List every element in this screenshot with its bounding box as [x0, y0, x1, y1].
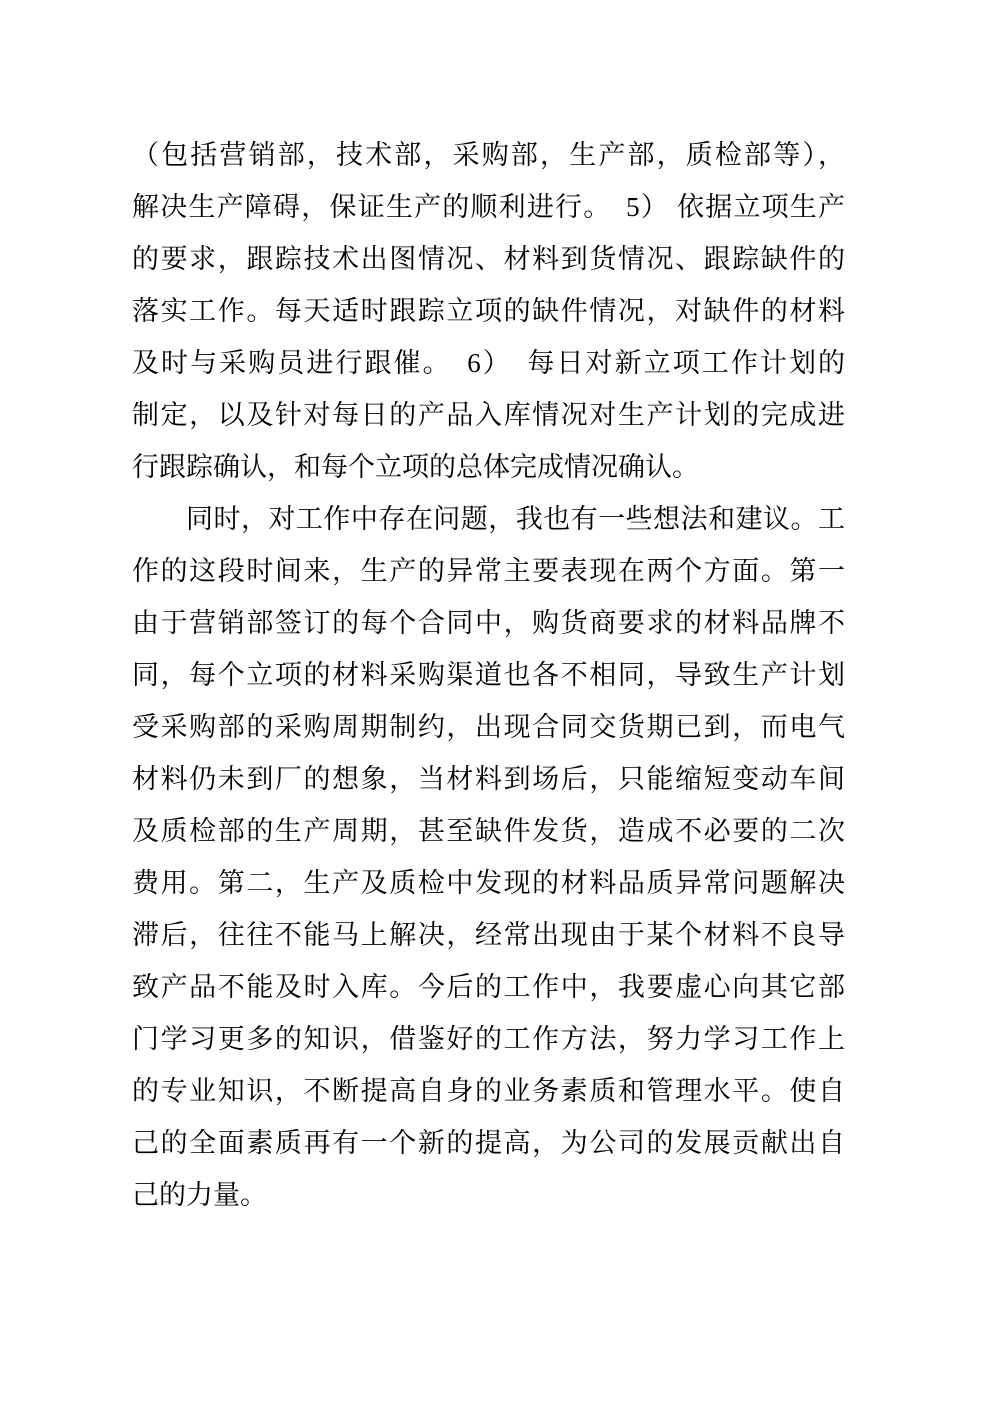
text-line: 材料仍未到厂的想象，当材料到场后，只能缩短变动车间: [132, 753, 845, 805]
document-body: （包括营销部，技术部，采购部，生产部，质检部等），解决生产障碍，保证生产的顺利进…: [132, 129, 845, 1221]
text-line: 及时与采购员进行跟催。 6） 每日对新立项工作计划的: [132, 337, 845, 389]
text-line: 落实工作。每天适时跟踪立项的缺件情况，对缺件的材料: [132, 285, 845, 337]
text-line: 由于营销部签订的每个合同中，购货商要求的材料品牌不: [132, 597, 845, 649]
text-line: 行跟踪确认，和每个立项的总体完成情况确认。: [132, 441, 845, 493]
text-line: 及质检部的生产周期，甚至缺件发货，造成不必要的二次: [132, 805, 845, 857]
text-line: 费用。第二，生产及质检中发现的材料品质异常问题解决: [132, 857, 845, 909]
paragraph-1: （包括营销部，技术部，采购部，生产部，质检部等），解决生产障碍，保证生产的顺利进…: [132, 129, 845, 493]
document-page: （包括营销部，技术部，采购部，生产部，质检部等），解决生产障碍，保证生产的顺利进…: [0, 0, 1000, 1415]
text-line: 制定，以及针对每日的产品入库情况对生产计划的完成进: [132, 389, 845, 441]
text-line: （包括营销部，技术部，采购部，生产部，质检部等），: [132, 129, 845, 181]
text-line: 受采购部的采购周期制约，出现合同交货期已到，而电气: [132, 701, 845, 753]
text-line: 滞后，往往不能马上解决，经常出现由于某个材料不良导: [132, 909, 845, 961]
paragraph-2: 同时，对工作中存在问题，我也有一些想法和建议。工作的这段时间来，生产的异常主要表…: [132, 493, 845, 1221]
text-line: 致产品不能及时入库。今后的工作中，我要虚心向其它部: [132, 961, 845, 1013]
text-line: 己的力量。: [132, 1169, 845, 1221]
text-line: 的要求，跟踪技术出图情况、材料到货情况、跟踪缺件的: [132, 233, 845, 285]
text-line: 作的这段时间来，生产的异常主要表现在两个方面。第一: [132, 545, 845, 597]
text-line: 门学习更多的知识，借鉴好的工作方法，努力学习工作上: [132, 1013, 845, 1065]
text-line: 的专业知识，不断提高自身的业务素质和管理水平。使自: [132, 1065, 845, 1117]
text-line: 同时，对工作中存在问题，我也有一些想法和建议。工: [132, 493, 845, 545]
text-line: 己的全面素质再有一个新的提高，为公司的发展贡献出自: [132, 1117, 845, 1169]
text-line: 同，每个立项的材料采购渠道也各不相同，导致生产计划: [132, 649, 845, 701]
text-line: 解决生产障碍，保证生产的顺利进行。 5） 依据立项生产: [132, 181, 845, 233]
